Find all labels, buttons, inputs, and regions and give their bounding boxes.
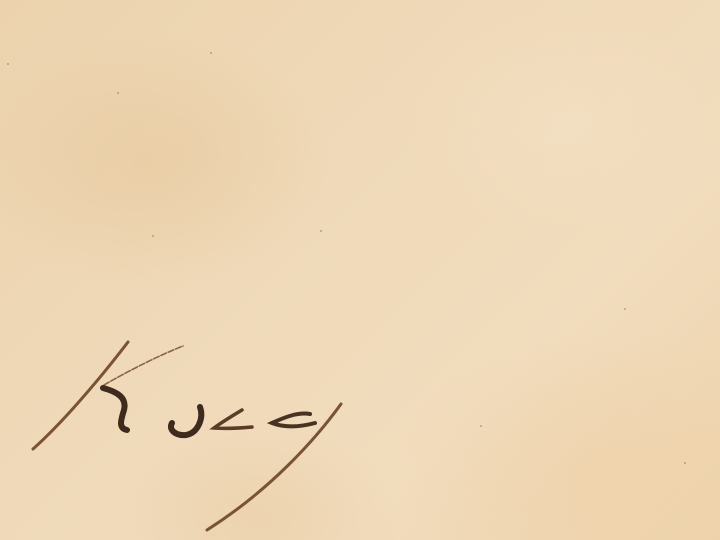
handwritten-signature [0, 0, 720, 540]
aged-paper: Kocy [0, 0, 720, 540]
